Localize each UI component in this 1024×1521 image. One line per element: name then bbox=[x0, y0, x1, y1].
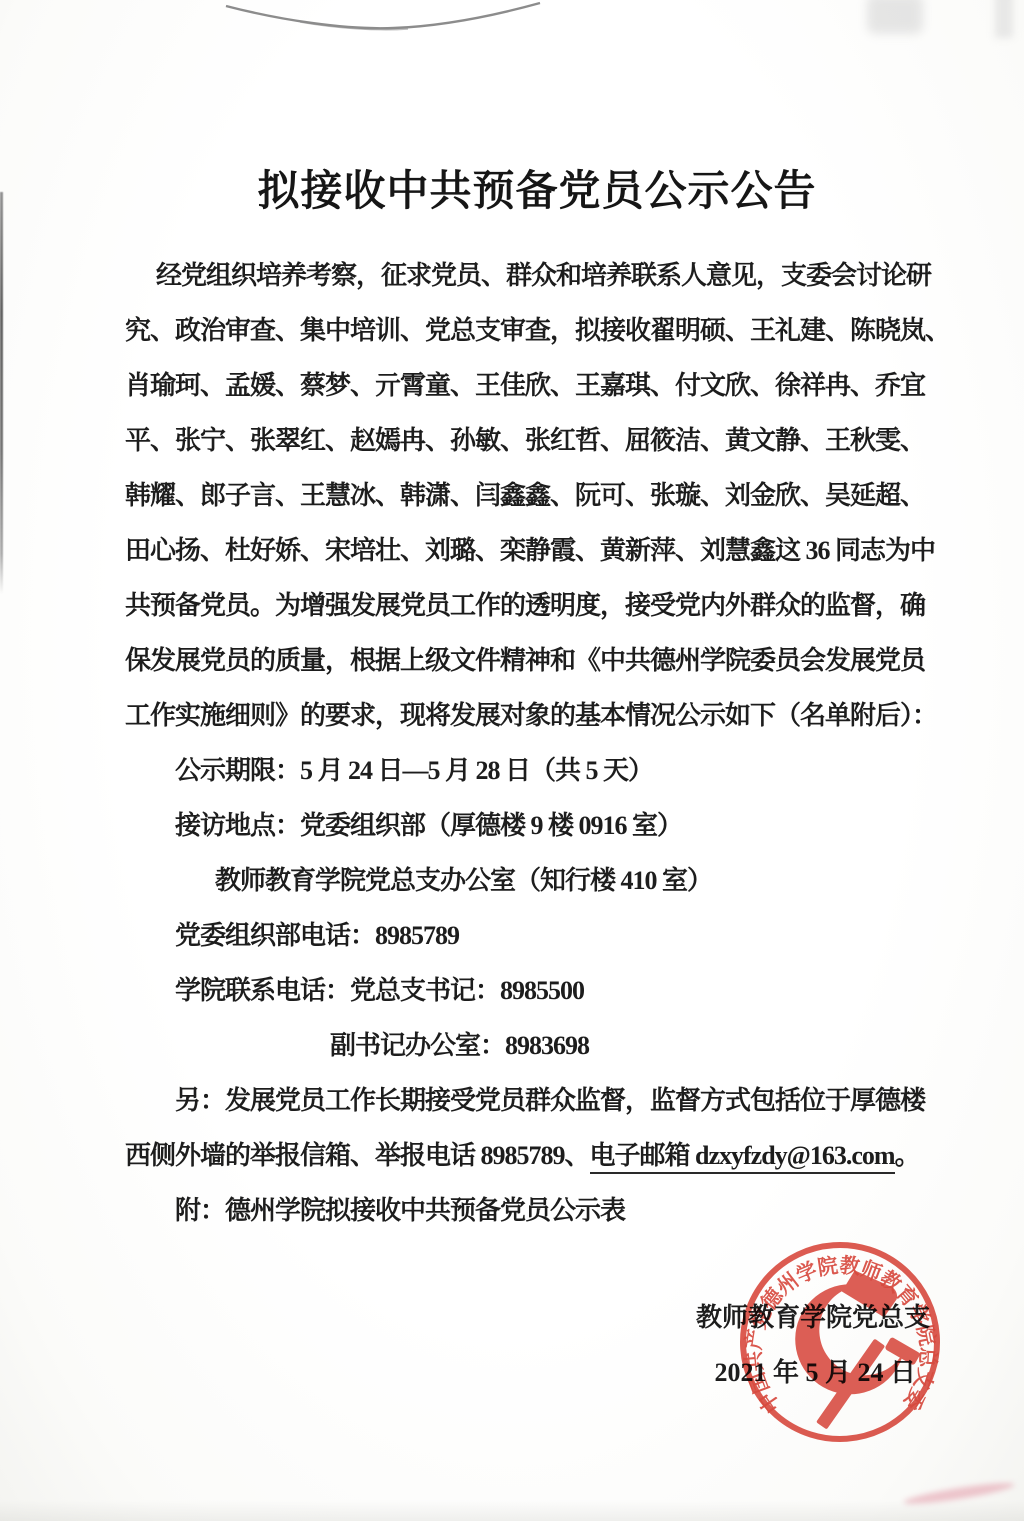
supervision-line-2: 西侧外墙的举报信箱、举报电话 8985789、电子邮箱 dzxyfzdy@163… bbox=[125, 1128, 937, 1183]
supervision-line-2-post: 。 bbox=[895, 1141, 920, 1170]
scan-smudge-artifact bbox=[995, 0, 1013, 38]
visit-location-line-2: 教师教育学院党总支办公室（知行楼 410 室） bbox=[215, 853, 937, 908]
paper-crease-artifact bbox=[0, 0, 620, 50]
deputy-secretary-office-line: 副书记办公室：8983698 bbox=[330, 1018, 937, 1073]
doc-body: 经党组织培养考察，征求党员、群众和培养联系人意见，支委会讨论研 究、政治审查、集… bbox=[125, 248, 937, 1238]
doc-title: 拟接收中共预备党员公示公告 bbox=[25, 158, 1024, 218]
body-line-names: 平、张宁、张翠红、赵嫣冉、孙敏、张红哲、屈筱洁、黄文静、王秋雯、 bbox=[125, 413, 937, 468]
publicity-period-line: 公示期限：5 月 24 日—5 月 28 日（共 5 天） bbox=[175, 743, 937, 798]
scan-noise-artifact bbox=[0, 1500, 1024, 1521]
official-seal: 中国共产党德州学院教师教育学院总支委员会 bbox=[696, 1198, 984, 1486]
visit-location-line: 接访地点：党委组织部（厚德楼 9 楼 0916 室） bbox=[175, 798, 937, 853]
report-email-text: 电子邮箱 dzxyfzdy@163.com bbox=[590, 1141, 895, 1174]
college-phone-line: 学院联系电话：党总支书记：8985500 bbox=[175, 963, 937, 1018]
scan-edge-artifact bbox=[0, 192, 3, 594]
body-line: 经党组织培养考察，征求党员、群众和培养联系人意见，支委会讨论研 bbox=[156, 248, 937, 303]
body-line-names: 韩耀、郎子言、王慧冰、韩潇、闫鑫鑫、阮可、张璇、刘金欣、吴延超、 bbox=[125, 468, 937, 523]
scan-smudge-artifact bbox=[867, 0, 923, 34]
body-line-names: 肖瑜珂、孟媛、蔡梦、亓霄童、王佳欣、王嘉琪、付文欣、徐祥冉、乔宜 bbox=[125, 358, 937, 413]
body-line: 究、政治审查、集中培训、党总支审查，拟接收翟明硕、王礼建、陈晓岚、 bbox=[125, 303, 937, 358]
supervision-line-2-pre: 西侧外墙的举报信箱、举报电话 8985789、 bbox=[125, 1141, 590, 1170]
body-line: 工作实施细则》的要求，现将发展对象的基本情况公示如下（名单附后）： bbox=[125, 688, 937, 743]
supervision-line-1: 另：发展党员工作长期接受党员群众监督，监督方式包括位于厚德楼 bbox=[175, 1073, 937, 1128]
body-line: 共预备党员。为增强发展党员工作的透明度，接受党内外群众的监督，确 bbox=[125, 578, 937, 633]
body-line-names: 田心扬、杜好娇、宋培壮、刘璐、栾静霞、黄新萍、刘慧鑫这 36 同志为中 bbox=[125, 523, 937, 578]
ink-smudge-artifact bbox=[903, 1479, 1015, 1507]
org-dept-phone-line: 党委组织部电话：8985789 bbox=[175, 908, 937, 963]
scanned-document-page: 拟接收中共预备党员公示公告 经党组织培养考察，征求党员、群众和培养联系人意见，支… bbox=[0, 0, 1024, 1521]
body-line: 保发展党员的质量，根据上级文件精神和《中共德州学院委员会发展党员 bbox=[125, 633, 937, 688]
